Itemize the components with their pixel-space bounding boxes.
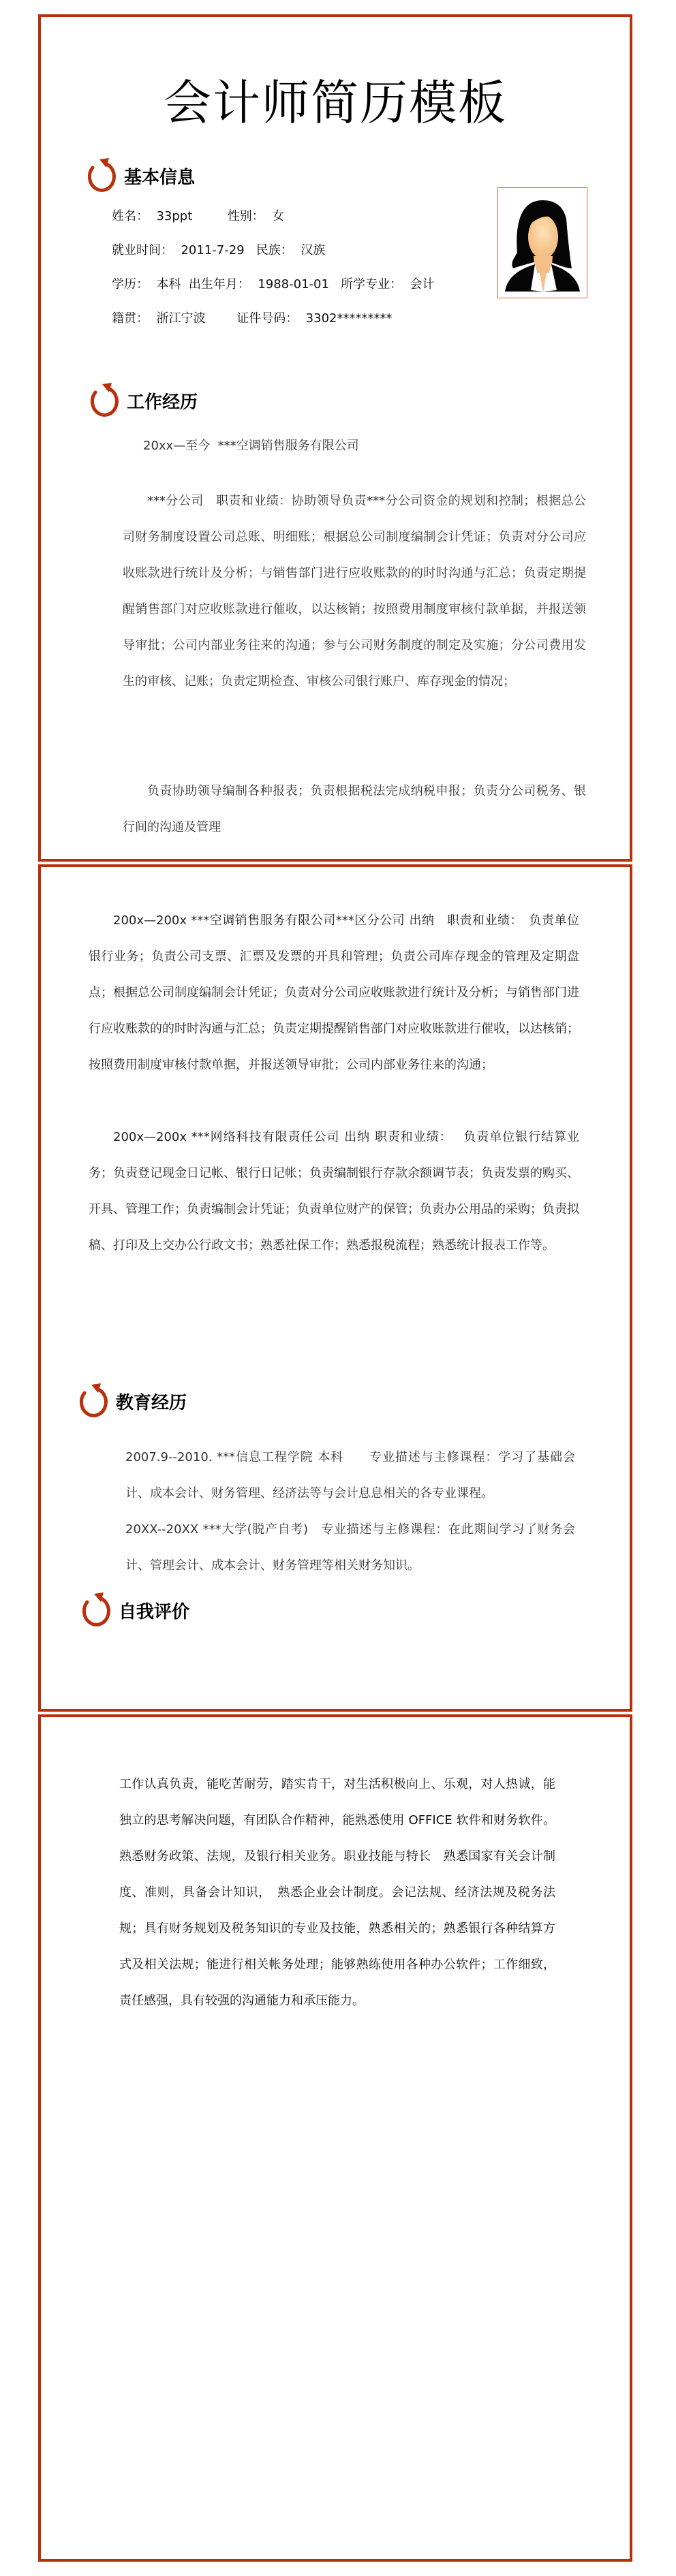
info-row-hometown-id: 籍贯： 浙江宁波 证件号码： 3302********* — [112, 309, 392, 326]
section-header-work: 工作经历 — [87, 381, 198, 420]
refresh-arrow-icon — [79, 1591, 113, 1629]
self-evaluation-text: 工作认真负责，能吃苦耐劳，踏实肯干，对生活积极向上、乐观，对人热诚，能独立的思考… — [119, 1766, 555, 2019]
work-job-3: 200x—200x ***网络科技有限责任公司 出纳 职责和业绩： 负责单位银行… — [89, 1119, 579, 1263]
resume-page-1: 会计师简历模板 基本信息 姓名： 33ppt 性别： 女 就业时间： 2011-… — [38, 14, 632, 862]
section-title: 教育经历 — [116, 1389, 187, 1414]
info-row-education-birth-major: 学历： 本科 出生年月： 1988-01-01 所学专业： 会计 — [112, 274, 435, 292]
page-title: 会计师简历模板 — [41, 65, 630, 133]
work-job-2: 200x—200x ***空调销售服务有限公司***区分公司 出纳 职责和业绩：… — [89, 902, 579, 1083]
section-title: 工作经历 — [127, 388, 198, 413]
work-paragraph-2: 负责协助领导编制各种报表；负责根据税法完成纳税申报；负责分公司税务、银行间的沟通… — [123, 773, 586, 845]
section-header-self-evaluation: 自我评价 — [79, 1591, 189, 1629]
info-row-name-gender: 姓名： 33ppt 性别： 女 — [112, 206, 284, 224]
profile-photo — [497, 187, 587, 298]
section-header-basic-info: 基本信息 — [84, 157, 195, 195]
current-job-line: 20xx—至今 ***空调销售服务有限公司 — [143, 436, 359, 454]
resume-page-2: 200x—200x ***空调销售服务有限公司***区分公司 出纳 职责和业绩：… — [38, 864, 632, 1712]
education-item-1: 2007.9--2010. ***信息工程学院 本科 专业描述与主修课程：学习了… — [125, 1439, 575, 1511]
refresh-arrow-icon — [87, 381, 121, 420]
section-title: 基本信息 — [124, 163, 195, 189]
resume-page-3: 工作认真负责，能吃苦耐劳，踏实肯干，对生活积极向上、乐观，对人热诚，能独立的思考… — [38, 1714, 632, 2562]
work-paragraph-1: ***分公司 职责和业绩：协助领导负责***分公司资金的规划和控制；根据总公司财… — [123, 483, 586, 700]
info-row-employment-ethnicity: 就业时间： 2011-7-29 民族： 汉族 — [112, 240, 325, 258]
refresh-arrow-icon — [76, 1382, 110, 1420]
education-item-2: 20XX--20XX ***大学(脱产自考) 专业描述与主修课程：在此期间学习了… — [125, 1511, 575, 1584]
avatar-icon — [498, 188, 587, 298]
section-header-education: 教育经历 — [76, 1382, 187, 1420]
section-title: 自我评价 — [119, 1598, 189, 1623]
refresh-arrow-icon — [84, 157, 119, 195]
